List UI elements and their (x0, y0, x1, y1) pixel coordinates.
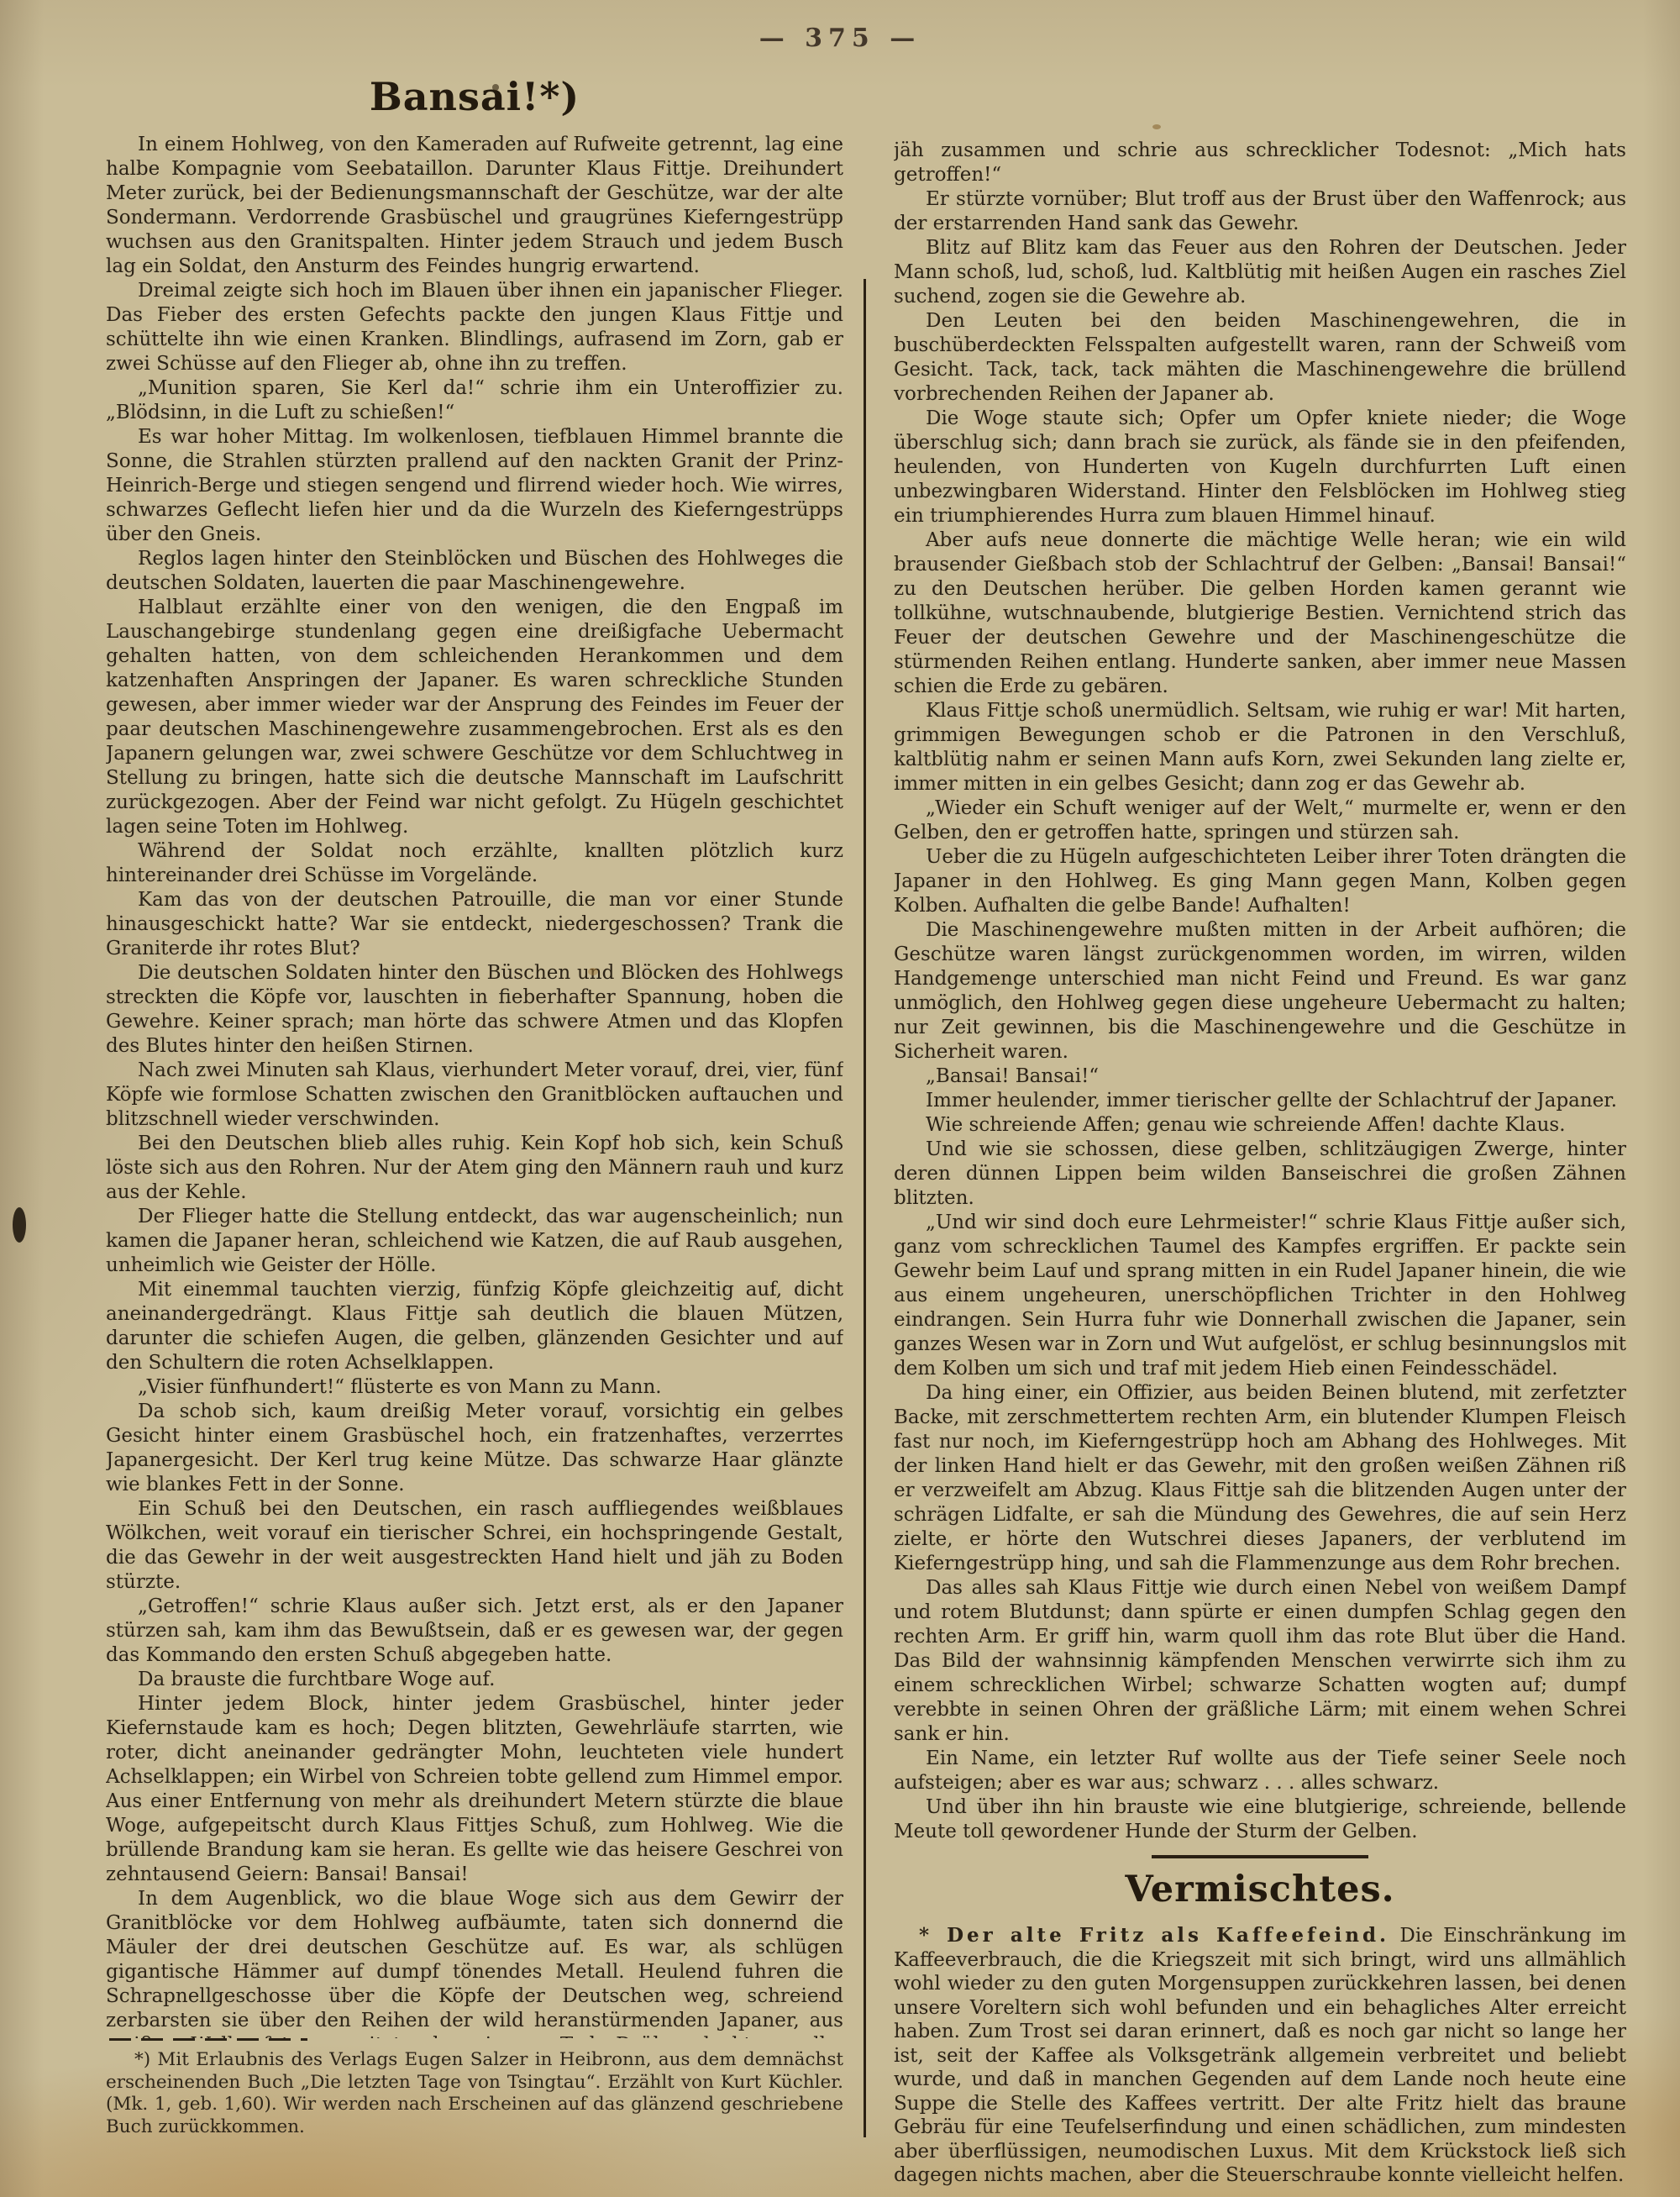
paper-speck (588, 968, 598, 975)
paragraph: Immer heulender, immer tierischer gellte… (894, 1089, 1626, 1113)
paragraph: Blitz auf Blitz kam das Feuer aus den Ro… (894, 236, 1626, 309)
section-heading: Vermischtes. (894, 1869, 1626, 1911)
story-text-left: In einem Hohlweg, von den Kameraden auf … (106, 133, 843, 2038)
paragraph: Bei den Deutschen blieb alles ruhig. Kei… (106, 1132, 843, 1205)
story-title: Bansai!*) (106, 74, 843, 119)
paragraph: Ein Name, ein letzter Ruf wollte aus der… (894, 1747, 1626, 1795)
paragraph: Der Flieger hatte die Stellung entdeckt,… (106, 1205, 843, 1278)
paragraph: Mit einemmal tauchten vierzig, fünfzig K… (106, 1278, 843, 1375)
paragraph: Es war hoher Mittag. Im wolkenlosen, tie… (106, 425, 843, 547)
paragraph: Das alles sah Klaus Fittje wie durch ein… (894, 1576, 1626, 1747)
paragraph: jäh zusammen und schrie aus schreckliche… (894, 139, 1626, 187)
paragraph: Da hing einer, ein Offizier, aus beiden … (894, 1381, 1626, 1576)
ink-blot-stain (13, 1207, 26, 1243)
paragraph: Ueber die zu Hügeln aufgeschichteten Lei… (894, 845, 1626, 918)
misc-article-body: Die Einschränkung im Kaffeeverbrauch, di… (894, 1925, 1626, 2186)
paragraph: „Wieder ein Schuft weniger auf der Welt,… (894, 796, 1626, 845)
paragraph: Wie schreiende Affen; genau wie schreien… (894, 1113, 1626, 1138)
paragraph: Den Leuten bei den beiden Maschinengeweh… (894, 309, 1626, 407)
paragraph: Und wie sie schossen, diese gelben, schl… (894, 1138, 1626, 1211)
paragraph: Reglos lagen hinter den Steinblöcken und… (106, 547, 843, 596)
paragraph: Die Woge staute sich; Opfer um Opfer kni… (894, 407, 1626, 528)
misc-article: * Der alte Fritz als Kaffeefeind. Die Ei… (894, 1924, 1626, 2188)
paragraph: Die Maschinengewehre mußten mitten in de… (894, 918, 1626, 1064)
paragraph: Klaus Fittje schoß unermüdlich. Seltsam,… (894, 699, 1626, 796)
paragraph: Und über ihn hin brauste wie eine blutgi… (894, 1795, 1626, 1840)
right-column: jäh zusammen und schrie aus schreckliche… (894, 139, 1626, 2188)
misc-article-lead: * Der alte Fritz als Kaffeefeind. (919, 1924, 1389, 1947)
paragraph: In dem Augenblick, wo die blaue Woge sic… (106, 1887, 843, 2038)
paragraph: Da schob sich, kaum dreißig Meter vorauf… (106, 1400, 843, 1497)
paragraph: „Munition sparen, Sie Kerl da!“ schrie i… (106, 376, 843, 425)
paragraph: Er stürzte vornüber; Blut troff aus der … (894, 187, 1626, 236)
footnote-rule (109, 2038, 307, 2041)
section-divider-rule (1152, 1855, 1368, 1858)
paragraph: Aber aufs neue donnerte die mächtige Wel… (894, 528, 1626, 699)
paragraph: Da brauste die furchtbare Woge auf. (106, 1668, 843, 1692)
column-divider-rule (864, 279, 866, 2137)
paragraph: Kam das von der deutschen Patrouille, di… (106, 888, 843, 961)
paragraph: Während der Soldat noch erzählte, knallt… (106, 839, 843, 888)
story-text-right: jäh zusammen und schrie aus schreckliche… (894, 139, 1626, 1840)
left-column: Bansai!*) In einem Hohlweg, von den Kame… (106, 74, 843, 2038)
paragraph: Nach zwei Minuten sah Klaus, vierhundert… (106, 1059, 843, 1132)
paragraph: Halblaut erzählte einer von den wenigen,… (106, 596, 843, 839)
paragraph: Ein Schuß bei den Deutschen, ein rasch a… (106, 1497, 843, 1595)
paper-speck (1152, 124, 1161, 129)
paragraph: Die deutschen Soldaten hinter den Büsche… (106, 961, 843, 1059)
paragraph: Hinter jedem Block, hinter jedem Grasbüs… (106, 1692, 843, 1887)
paragraph: „Getroffen!“ schrie Klaus außer sich. Je… (106, 1595, 843, 1668)
paper-speck (492, 84, 499, 91)
newspaper-scan-page: { "page": { "number": "— 375 —", "paper_… (0, 0, 1680, 2197)
paragraph: „Und wir sind doch eure Lehrmeister!“ sc… (894, 1211, 1626, 1381)
footnote-block: *) Mit Erlaubnis des Verlags Eugen Salze… (106, 2038, 843, 2138)
paragraph: Dreimal zeigte sich hoch im Blauen über … (106, 279, 843, 376)
page-number: — 375 — (0, 24, 1680, 53)
paragraph: „Visier fünfhundert!“ flüsterte es von M… (106, 1375, 843, 1400)
footnote-text: *) Mit Erlaubnis des Verlags Eugen Salze… (106, 2049, 843, 2138)
paragraph: „Bansai! Bansai!“ (894, 1064, 1626, 1089)
paragraph: In einem Hohlweg, von den Kameraden auf … (106, 133, 843, 279)
